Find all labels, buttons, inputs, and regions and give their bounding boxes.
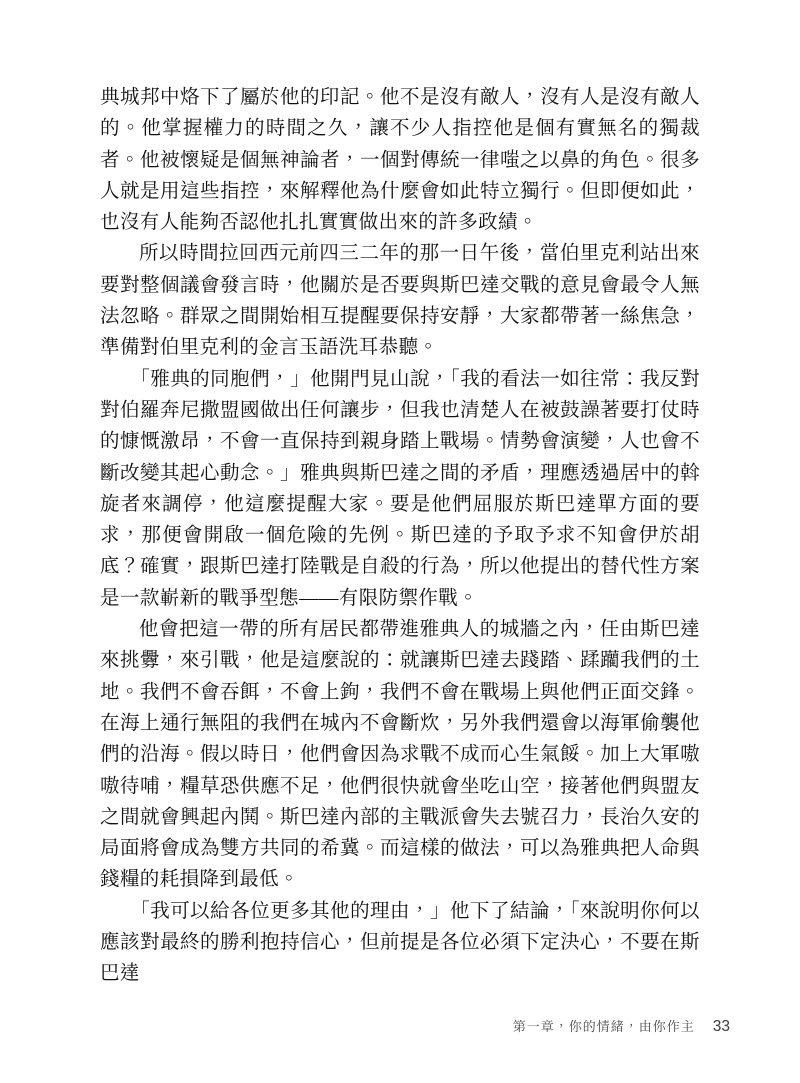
- paragraph: 「我可以給各位更多其他的理由，」他下了結論，「來說明你何以應該對最終的勝利抱持信…: [100, 896, 700, 990]
- book-page: 典城邦中烙下了屬於他的印記。他不是沒有敵人，沒有人是沒有敵人的。他掌握權力的時間…: [0, 0, 800, 1083]
- footer-chapter-title: 第一章，你的情緒，由你作主: [513, 1016, 695, 1035]
- footer-page-number: 33: [713, 1018, 730, 1036]
- paragraph: 典城邦中烙下了屬於他的印記。他不是沒有敵人，沒有人是沒有敵人的。他掌握權力的時間…: [100, 82, 700, 238]
- paragraph: 「雅典的同胞們，」他開門見山說，「我的看法一如往常：我反對對伯羅奔尼撒盟國做出任…: [100, 364, 700, 614]
- paragraph: 他會把這一帶的所有居民都帶進雅典人的城牆之內，任由斯巴達來挑釁，來引戰，他是這麼…: [100, 614, 700, 896]
- body-text: 典城邦中烙下了屬於他的印記。他不是沒有敵人，沒有人是沒有敵人的。他掌握權力的時間…: [100, 82, 700, 990]
- paragraph: 所以時間拉回西元前四三二年的那一日午後，當伯里克利站出來要對整個議會發言時，他關…: [100, 238, 700, 363]
- page-footer: 第一章，你的情緒，由你作主 33: [513, 1016, 730, 1036]
